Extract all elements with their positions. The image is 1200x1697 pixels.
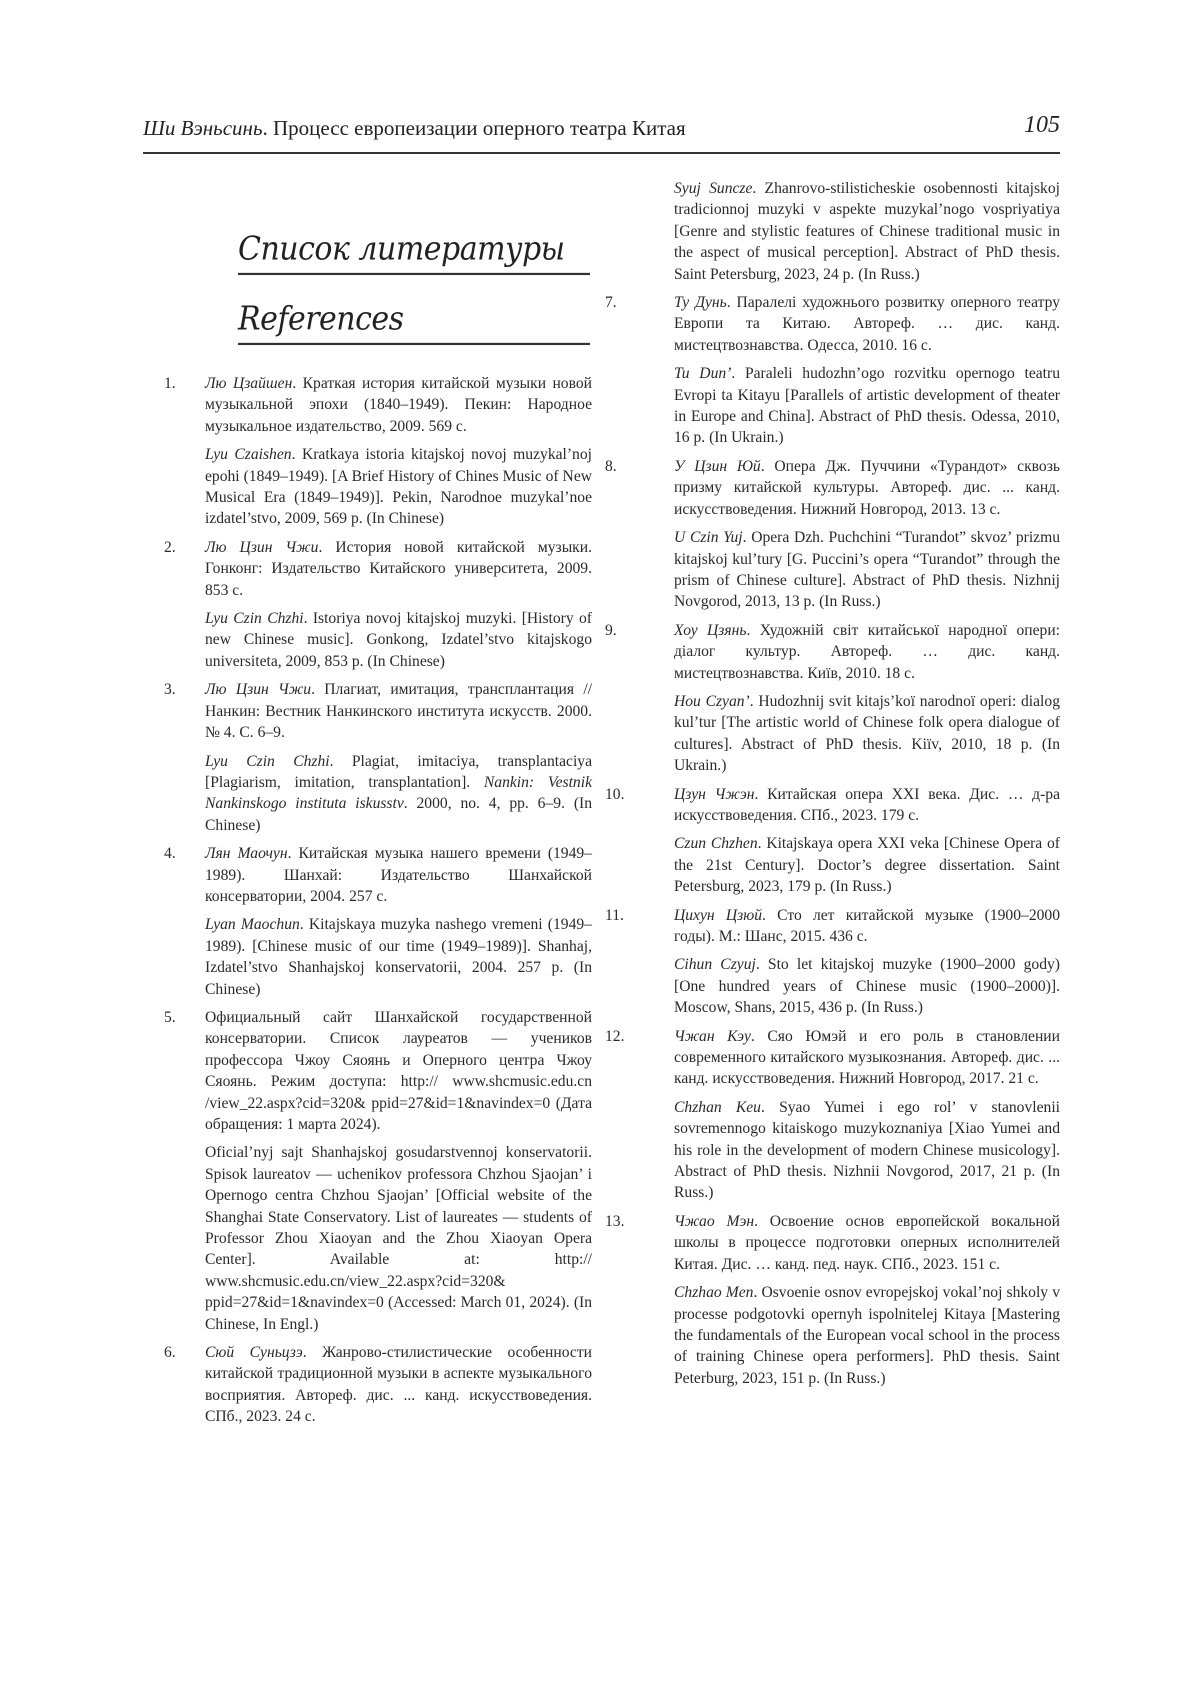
reference-en: Lyu Czin Chzhi. Plagiat, imitaciya, tran… [205, 751, 592, 837]
left-column: 1. Лю Цзайшен. Краткая история китайской… [160, 373, 592, 1435]
reference-ru: Сюй Суньцзэ. Жанрово-стилистические особ… [205, 1342, 592, 1428]
reference-en: Cihun Czyuj. Sto let kitajskoj muzyke (1… [674, 954, 1060, 1018]
reference-ru: Цзун Чжэн. Китайская опера XXI века. Дис… [674, 784, 1060, 827]
reference-ru: Чжао Мэн. Освоение основ европейской вок… [674, 1211, 1060, 1275]
reference-continuation: Syuj Suncze. Zhanrovo-stilisticheskie os… [637, 178, 1060, 285]
reference-number: 8. [605, 456, 617, 477]
reference-item: 10. Цзун Чжэн. Китайская опера XXI века.… [637, 784, 1060, 898]
reference-ru: Лян Маочун. Китайская музыка нашего врем… [205, 843, 592, 907]
reference-item: 3. Лю Цзин Чжи. Плагиат, имитация, транс… [160, 679, 592, 836]
reference-ru: Цихун Цзюй. Сто лет китайской музыке (19… [674, 905, 1060, 948]
reference-item: 13. Чжао Мэн. Освоение основ европейской… [637, 1211, 1060, 1389]
section-title-ru: Список литературы [238, 230, 590, 275]
reference-en: Lyu Czaishen. Kratkaya istoria kitajskoj… [205, 444, 592, 530]
reference-number: 12. [605, 1026, 625, 1047]
reference-en: Lyan Maochun. Kitajskaya muzyka nashego … [205, 914, 592, 1000]
reference-en: Syuj Suncze. Zhanrovo-stilisticheskie os… [674, 178, 1060, 285]
reference-ru: Лю Цзин Чжи. Плагиат, имитация, транспла… [205, 679, 592, 743]
header-divider [143, 152, 1060, 154]
header-author: Ши Вэньсинь [143, 116, 263, 140]
reference-item: 5. Официальный сайт Шанхайской государст… [160, 1007, 592, 1335]
reference-en: Lyu Czin Chzhi. Istoriya novoj kitajskoj… [205, 608, 592, 672]
reference-number: 4. [164, 843, 176, 864]
reference-item: 12. Чжан Кэу. Сяо Юмэй и его роль в стан… [637, 1026, 1060, 1204]
reference-number: 3. [164, 679, 176, 700]
reference-ru: Лю Цзайшен. Краткая история китайской му… [205, 373, 592, 437]
reference-en: Chzhan Keu. Syao Yumei i ego rol’ v stan… [674, 1097, 1060, 1204]
right-column: Syuj Suncze. Zhanrovo-stilisticheskie os… [637, 178, 1060, 1396]
reference-ru: Чжан Кэу. Сяо Юмэй и его роль в становле… [674, 1026, 1060, 1090]
reference-item: 4. Лян Маочун. Китайская музыка нашего в… [160, 843, 592, 1000]
reference-number: 13. [605, 1211, 625, 1232]
reference-item: 8. У Цзин Юй. Опера Дж. Пуччини «Турандо… [637, 456, 1060, 613]
reference-number: 10. [605, 784, 625, 805]
reference-number: 11. [605, 905, 624, 926]
reference-item: 7. Ту Дунь. Паралелі художнього розвитку… [637, 292, 1060, 449]
reference-number: 2. [164, 537, 176, 558]
reference-en: Tu Dun’. Paraleli hudozhn’ogo rozvitku o… [674, 363, 1060, 449]
reference-number: 1. [164, 373, 176, 394]
reference-number: 6. [164, 1342, 176, 1363]
header-article-title: . Процесс европеизации оперного театра К… [263, 116, 686, 140]
running-title: Ши Вэньсинь. Процесс европеизации оперно… [143, 116, 686, 141]
reference-number: 7. [605, 292, 617, 313]
reference-en: Czun Chzhen. Kitajskaya opera XXI veka [… [674, 833, 1060, 897]
reference-number: 5. [164, 1007, 176, 1028]
page-number: 105 [1024, 112, 1060, 139]
reference-ru: Лю Цзин Чжи. История новой китайской муз… [205, 537, 592, 601]
reference-ru: Хоу Цзянь. Художній світ китайської наро… [674, 620, 1060, 684]
reference-ru: Официальный сайт Шанхайской государствен… [205, 1007, 592, 1135]
reference-en: U Czin Yuj. Opera Dzh. Puchchini “Turand… [674, 527, 1060, 613]
reference-item: 6. Сюй Суньцзэ. Жанрово-стилистические о… [160, 1342, 592, 1428]
reference-item: 1. Лю Цзайшен. Краткая история китайской… [160, 373, 592, 530]
reference-ru: У Цзин Юй. Опера Дж. Пуччини «Турандот» … [674, 456, 1060, 520]
reference-ru: Ту Дунь. Паралелі художнього розвитку оп… [674, 292, 1060, 356]
reference-item: 11. Цихун Цзюй. Сто лет китайской музыке… [637, 905, 1060, 1019]
reference-en: Oficial’nyj sajt Shanhajskoj gosudarstve… [205, 1142, 592, 1335]
running-header: Ши Вэньсинь. Процесс европеизации оперно… [143, 108, 1060, 148]
section-title-en: References [238, 300, 590, 345]
reference-item: 9. Хоу Цзянь. Художній світ китайської н… [637, 620, 1060, 777]
reference-en: Hou Czyan’. Hudozhnij svit kitajs’koї na… [674, 691, 1060, 777]
reference-item: 2. Лю Цзин Чжи. История новой китайской … [160, 537, 592, 672]
reference-en: Chzhao Men. Osvoenie osnov evropejskoj v… [674, 1282, 1060, 1389]
reference-number: 9. [605, 620, 617, 641]
